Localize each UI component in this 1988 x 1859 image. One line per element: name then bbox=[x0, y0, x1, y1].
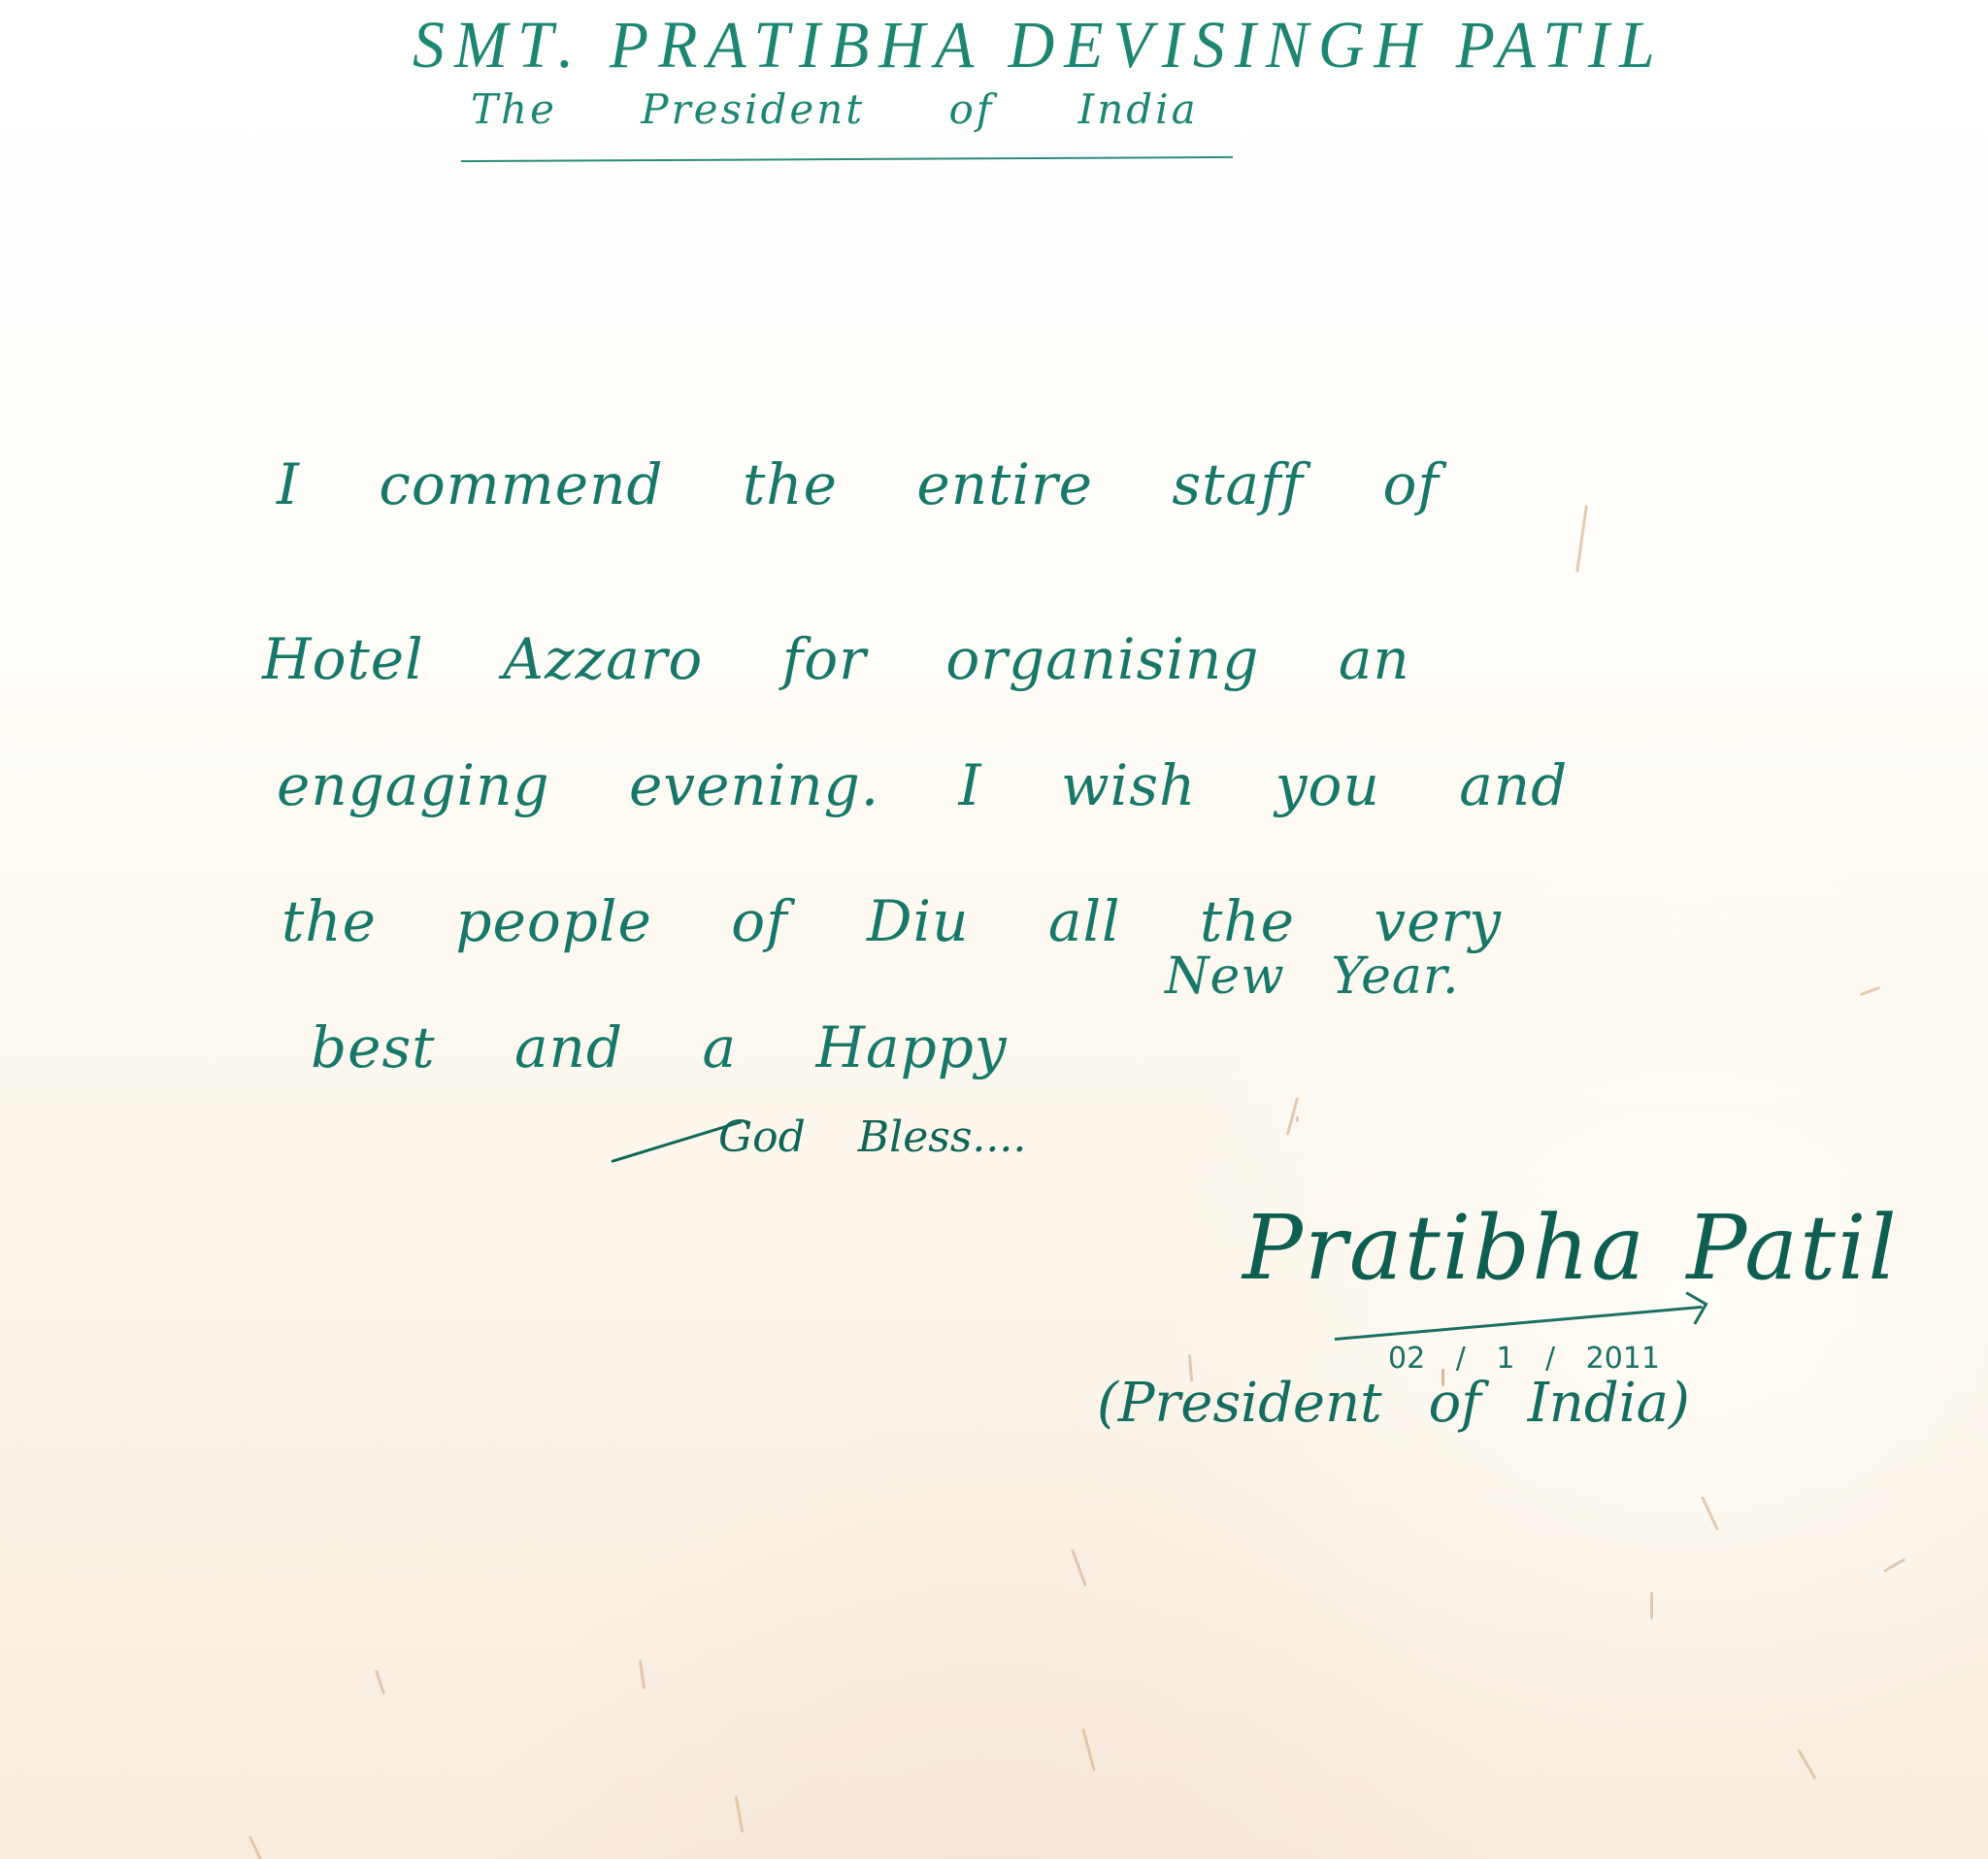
paper-fleck bbox=[1071, 1549, 1087, 1587]
signature-date: 02 / 1 / 2011 bbox=[1388, 1344, 1660, 1374]
paper-fleck bbox=[1860, 986, 1881, 996]
closing-text: God Bless.... bbox=[718, 1116, 1026, 1159]
header-underline bbox=[461, 156, 1233, 162]
header-title: SMT. PRATIBHA DEVISINGH PATIL bbox=[413, 12, 1665, 79]
message-line-2: Hotel Azzaro for organising an bbox=[262, 631, 1410, 687]
message-line-4: the people of Diu all the very bbox=[282, 893, 1502, 949]
signature-designation: (President of India) bbox=[1097, 1377, 1690, 1431]
paper-fleck bbox=[1081, 1728, 1096, 1771]
paper-fleck bbox=[248, 1836, 263, 1859]
signature-underline-arrow bbox=[1335, 1306, 1703, 1341]
signature: Pratibha Patil bbox=[1242, 1204, 1899, 1293]
message-line-5: best and a Happy bbox=[311, 1019, 1008, 1076]
message-line-5-tail: New Year. bbox=[1165, 951, 1460, 1002]
paper-fleck bbox=[1296, 1116, 1299, 1122]
header-subtitle: The President of India bbox=[471, 89, 1199, 130]
paper-fleck bbox=[639, 1660, 646, 1689]
paper-fleck bbox=[1650, 1592, 1653, 1619]
paper-fleck bbox=[1797, 1749, 1816, 1780]
paper-fleck bbox=[1883, 1558, 1905, 1573]
paper-fleck bbox=[1575, 505, 1588, 573]
paper-fleck bbox=[1701, 1496, 1719, 1531]
message-line-1: I commend the entire staff of bbox=[277, 456, 1440, 513]
message-line-3: engaging evening. I wish you and bbox=[277, 757, 1568, 813]
paper-fleck bbox=[735, 1796, 745, 1833]
paper-fleck bbox=[375, 1670, 385, 1695]
